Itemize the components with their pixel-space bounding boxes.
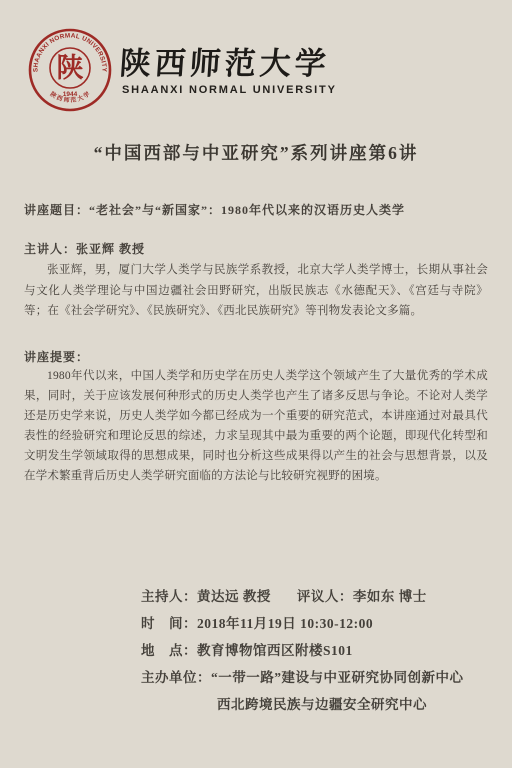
discussant-label: 评议人： xyxy=(297,589,353,604)
seal-year: 1944 xyxy=(63,91,78,98)
speaker-label: 主讲人： xyxy=(24,242,76,256)
discussant-name: 李如东 博士 xyxy=(353,589,427,604)
university-header: SHAANXI NORMAL UNIVERSITY 陕 1944 陕 西 师 范… xyxy=(28,26,448,116)
speaker-bio: 张亚辉，男，厦门大学人类学与民族学系教授，北京大学人类学博士，长期从事社会与文化… xyxy=(24,260,488,322)
host-row: 主持人：黄达远 教授评议人：李如东 博士 xyxy=(141,583,501,610)
speaker-name: 张亚辉 教授 xyxy=(76,242,145,256)
host-name: 黄达远 教授 xyxy=(197,589,271,604)
time-value: 2018年11月19日 10:30-12:00 xyxy=(197,616,373,631)
speaker-line: 主讲人：张亚辉 教授 xyxy=(24,240,145,257)
organizer-row-2: 西北跨境民族与边疆安全研究中心 xyxy=(141,691,501,718)
lecture-topic: “老社会”与“新国家”：1980年代以来的汉语历史人类学 xyxy=(89,203,405,217)
series-title: “中国西部与中亚研究”系列讲座第6讲 xyxy=(0,140,512,165)
organizer-label: 主办单位： xyxy=(141,670,211,685)
organizer-2: 西北跨境民族与边疆安全研究中心 xyxy=(217,697,427,712)
lecture-abstract: 1980年代以来，中国人类学和历史学在历史人类学这个领域产生了大量优秀的学术成果… xyxy=(24,366,488,486)
organizer-1: “一带一路”建设与中亚研究协同创新中心 xyxy=(211,670,464,685)
time-row: 时 间：2018年11月19日 10:30-12:00 xyxy=(141,610,501,637)
time-label: 时 间： xyxy=(141,616,197,631)
lecture-topic-line: 讲座题目：“老社会”与“新国家”：1980年代以来的汉语历史人类学 xyxy=(24,201,405,218)
host-label: 主持人： xyxy=(141,589,197,604)
location-value: 教育博物馆西区附楼S101 xyxy=(197,643,353,658)
organizer-row: 主办单位：“一带一路”建设与中亚研究协同创新中心 xyxy=(141,664,501,691)
event-details: 主持人：黄达远 教授评议人：李如东 博士 时 间：2018年11月19日 10:… xyxy=(141,583,501,718)
lecture-poster: SHAANXI NORMAL UNIVERSITY 陕 1944 陕 西 师 范… xyxy=(0,0,512,768)
location-row: 地 点：教育博物馆西区附楼S101 xyxy=(141,637,501,664)
seal-center-character: 陕 xyxy=(57,52,84,83)
university-name-english: SHAANXI NORMAL UNIVERSITY xyxy=(122,84,337,96)
lecture-topic-label: 讲座题目： xyxy=(24,203,89,217)
university-name-calligraphy: 陕西师范大学 xyxy=(118,38,331,83)
university-seal-icon: SHAANXI NORMAL UNIVERSITY 陕 1944 陕 西 师 范… xyxy=(28,28,112,112)
location-label: 地 点： xyxy=(141,643,197,658)
abstract-label: 讲座提要： xyxy=(24,348,89,365)
